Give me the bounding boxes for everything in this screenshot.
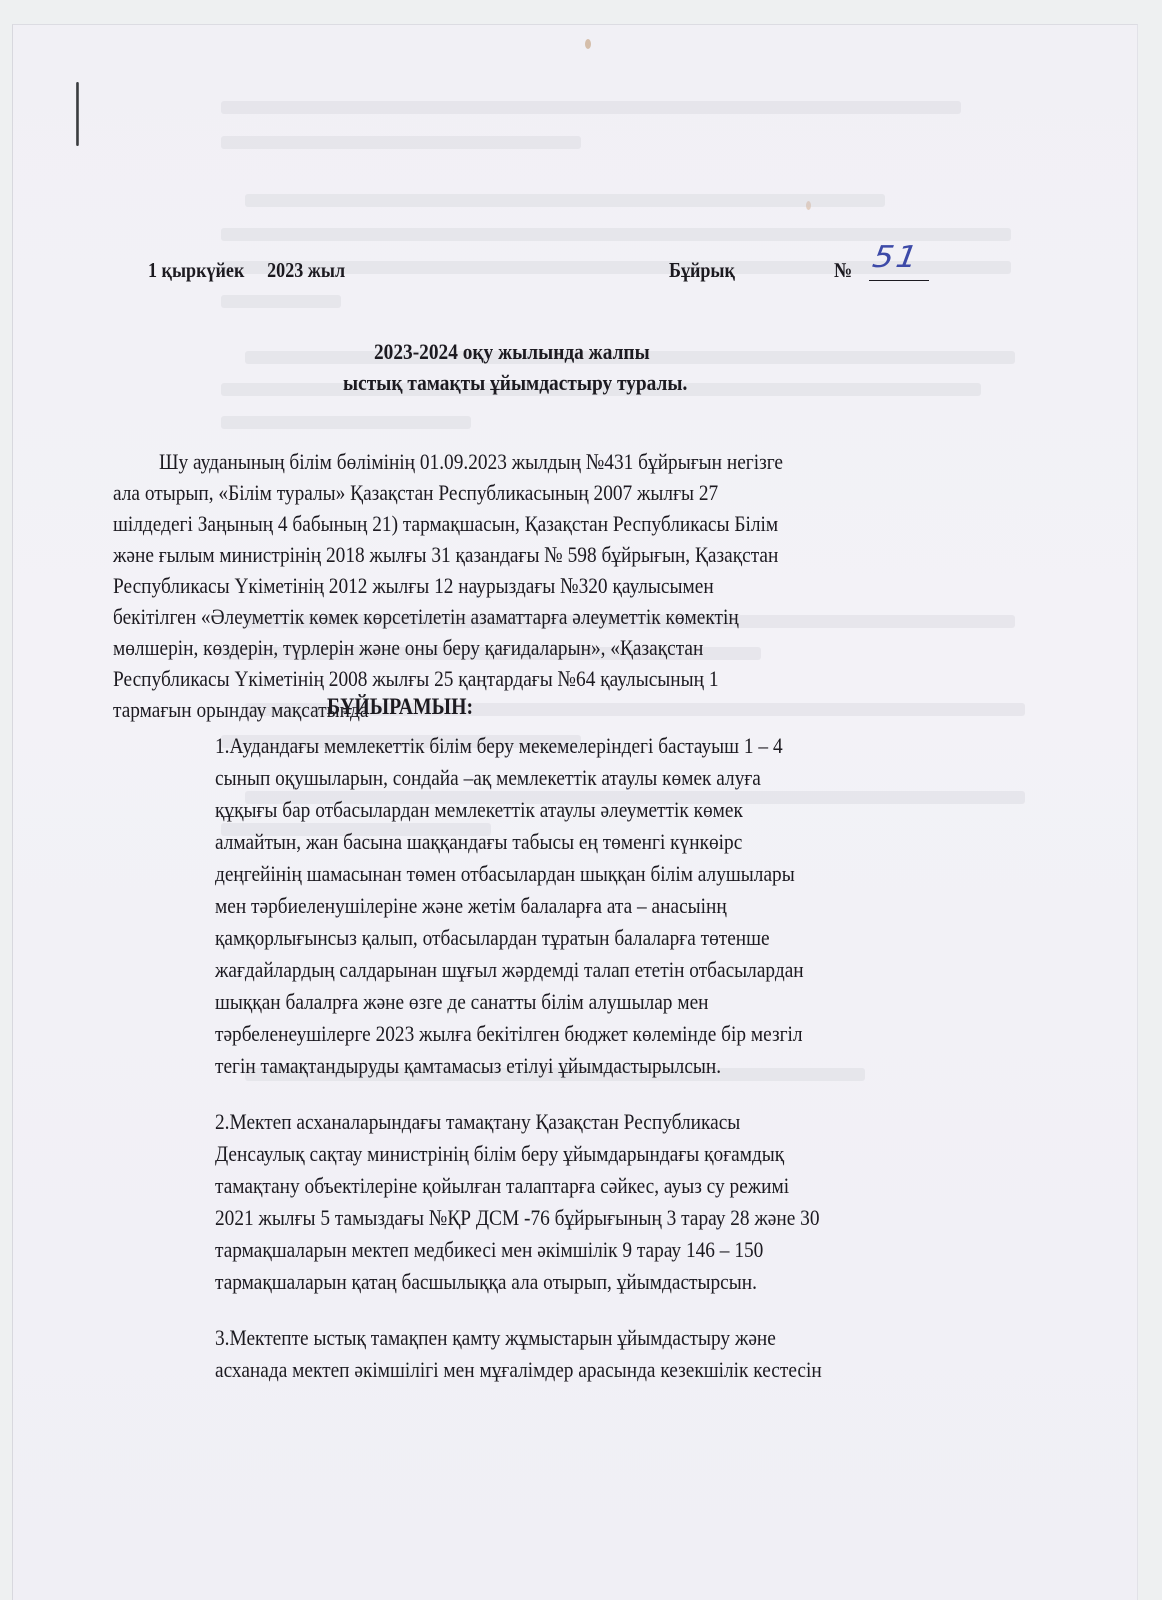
item-line: тамақтану объектілеріне қойылған талапта… [215, 1170, 789, 1201]
item-line: Денсаулық сақтау министрінің білім беру … [215, 1138, 784, 1169]
staple-mark [76, 82, 79, 146]
item-line: 1.Аудандағы мемлекеттік білім беру мекем… [215, 730, 783, 761]
preamble-line: Республикасы Үкіметінің 2012 жылғы 12 на… [113, 570, 714, 601]
preamble-line: Республикасы Үкіметінің 2008 жылғы 25 қа… [113, 663, 719, 694]
preamble-line: ала отырып, «Білім туралы» Қазақстан Рес… [113, 477, 718, 508]
item-line: жағдайлардың салдарынан шұғыл жәрдемді т… [215, 954, 804, 985]
item-line: тармақшаларын мектеп медбикесі мен әкімш… [215, 1234, 763, 1265]
item-line: қамқорлығынсыз қалып, отбасылардан тұрат… [215, 922, 770, 953]
order-word: БҰЙЫРАМЫН: [327, 691, 473, 722]
item-line: құқығы бар отбасылардан мемлекеттік атау… [215, 794, 743, 825]
order-number-handwritten: 51 [870, 240, 922, 275]
paper-stain [585, 39, 591, 49]
title-line-1: 2023-2024 оқу жылында жалпы [374, 337, 650, 367]
item-line: мен тәрбиеленушілеріне және жетім балала… [215, 890, 727, 921]
item-line: 2021 жылғы 5 тамыздағы №ҚР ДСМ -76 бұйры… [215, 1202, 820, 1233]
doc-type: Бұйрық [669, 256, 735, 284]
item-line: сынып оқушыларын, сондайа –ақ мемлекетті… [215, 762, 761, 793]
number-label: № [834, 256, 852, 284]
item-line: алмайтын, жан басына шаққандағы табысы е… [215, 826, 742, 857]
item-line: асханада мектеп әкімшілігі мен мұғалімде… [215, 1354, 822, 1385]
preamble-line: шілдедегі Заңының 4 бабының 21) тармақша… [113, 508, 778, 539]
item-line: шыққан балалрға және өзге де санатты біл… [215, 986, 709, 1017]
item-line: деңгейінің шамасынан төмен отбасылардан … [215, 858, 795, 889]
order-date: 1 қыркүйек 2023 жыл [148, 256, 345, 284]
preamble-line: және ғылым министрінің 2018 жылғы 31 қаз… [113, 539, 778, 570]
item-line: 2.Мектеп асханаларындағы тамақтану Қазақ… [215, 1106, 740, 1137]
preamble-line: Шу ауданының білім бөлімінің 01.09.2023 … [159, 446, 783, 477]
item-line: 3.Мектепте ыстық тамақпен қамту жұмыстар… [215, 1322, 776, 1353]
date-year: 2023 жыл [267, 258, 345, 282]
preamble-line: мөлшерін, көздерін, түрлерін және оны бе… [113, 632, 703, 663]
title-line-2: ыстық тамақты ұйымдастыру туралы. [343, 368, 687, 398]
preamble-line: бекітілген «Әлеуметтік көмек көрсетілеті… [113, 601, 739, 632]
date-day-month: 1 қыркүйек [148, 258, 244, 282]
item-line: тармақшаларын қатаң басшылыққа ала отыры… [215, 1266, 757, 1297]
item-line: тегін тамақтандыруды қамтамасыз етілуі ұ… [215, 1050, 721, 1081]
item-line: тәрбеленеушілерге 2023 жылға бекітілген … [215, 1018, 803, 1049]
